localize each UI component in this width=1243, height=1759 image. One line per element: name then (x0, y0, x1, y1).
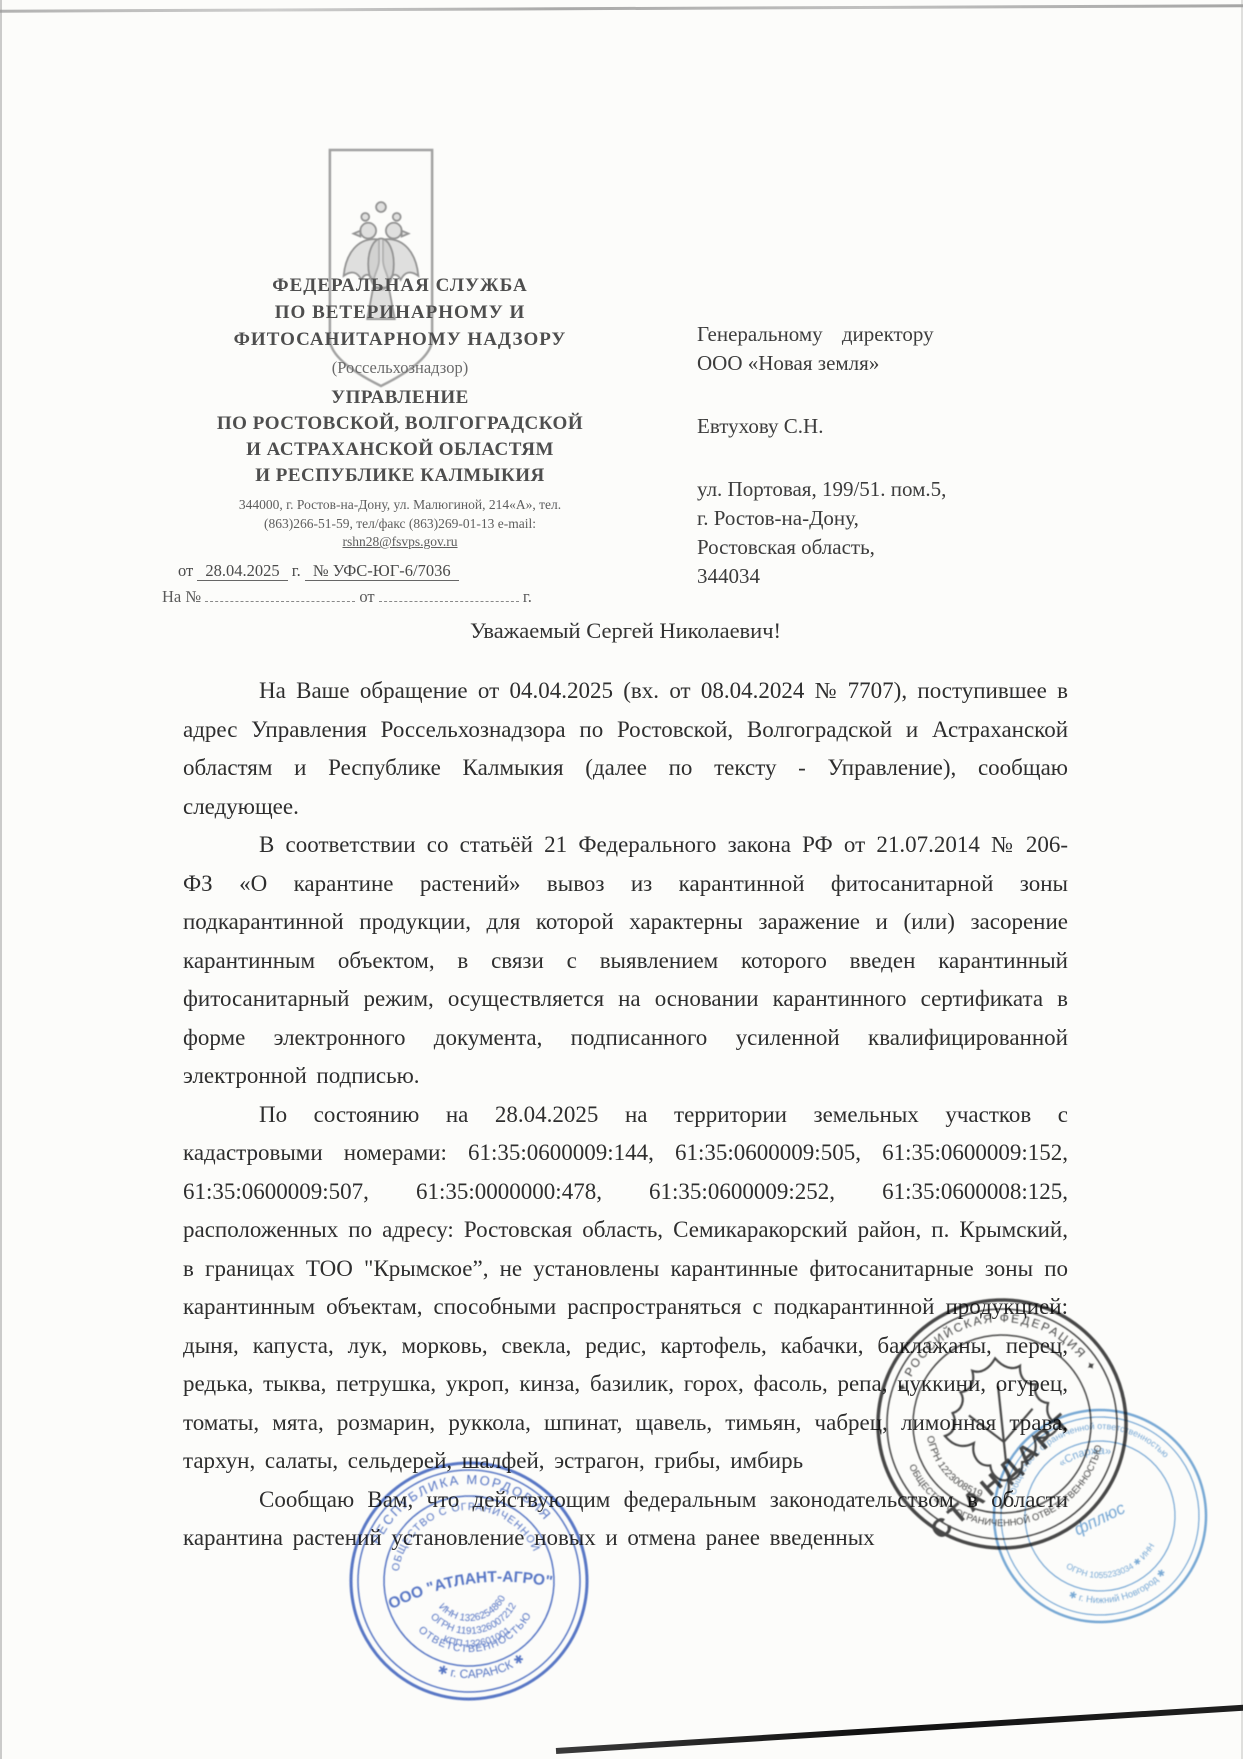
body-paragraph: В соответствии со статьёй 21 Федеральног… (183, 826, 1068, 1096)
recipient-line: Евтухову С.Н. (697, 412, 1042, 441)
recipient-line: ул. Портовая, 199/51. пом.5, (697, 475, 1042, 504)
outgoing-date: 28.04.2025 (197, 561, 287, 581)
division-line: И РЕСПУБЛИКЕ КАЛМЫКИЯ (150, 463, 650, 489)
recipient-block: Генеральному директору ООО «Новая земля»… (697, 320, 1042, 591)
recipient-line: 344034 (697, 562, 1042, 591)
svg-text:✱ г. САРАНСК ✱: ✱ г. САРАНСК ✱ (434, 1650, 528, 1686)
recipient-line: ООО «Новая земля» (697, 349, 1042, 378)
recipient-line: Генеральному директору (697, 320, 1042, 349)
division-line: ПО РОСТОВСКОЙ, ВОЛГОГРАДСКОЙ (150, 411, 650, 437)
stamp-company-name: ООО "АТЛАНТ-АГРО" (384, 1559, 556, 1613)
scan-edge-left (0, 0, 2, 1759)
incoming-date-blank (379, 587, 519, 602)
org-short-name: (Россельхознадзор) (150, 356, 650, 380)
date-label: от (178, 561, 193, 580)
division-name: УПРАВЛЕНИЕ ПО РОСТОВСКОЙ, ВОЛГОГРАДСКОЙ … (150, 385, 650, 489)
scanned-letter-page: ФЕДЕРАЛЬНАЯ СЛУЖБА ПО ВЕТЕРИНАРНОМУ И ФИ… (0, 0, 1243, 1759)
division-line: И АСТРАХАНСКОЙ ОБЛАСТЯМ (150, 437, 650, 463)
body-paragraph: На Ваше обращение от 04.04.2025 (вх. от … (183, 672, 1068, 826)
stamp-center-text: фплюс (1071, 1498, 1129, 1539)
org-line: ПО ВЕТЕРИНАРНОМУ И (150, 299, 650, 326)
scan-edge-top (0, 4, 1243, 12)
recipient-line: Ростовская область, (697, 533, 1042, 562)
salutation: Уважаемый Сергей Николаевич! (183, 618, 1068, 644)
recipient-line: г. Ростов-на-Дону, (697, 504, 1042, 533)
stamp-atlant-agro: РЕСПУБЛИКА МОРДОВИЯ ✱ г. САРАНСК ✱ ОБЩЕС… (328, 1440, 610, 1722)
incoming-from-label: от (359, 587, 374, 606)
incoming-label: На № (162, 587, 201, 606)
stamp-ring-text: «Спаржа» (1055, 1440, 1114, 1470)
incoming-number-blank (205, 587, 355, 602)
contact-line: (863)266-51-59, тел/факс (863)269-01-13 … (150, 515, 650, 534)
date-suffix: г. (292, 561, 301, 580)
scan-edge-bottom (556, 1700, 1243, 1754)
incoming-suffix: г. (523, 587, 532, 606)
outgoing-ref-line: от 28.04.2025 г. № УФС-ЮГ-6/7036 (150, 561, 650, 581)
svg-text:«Спаржа»: «Спаржа» (1055, 1440, 1114, 1470)
division-line: УПРАВЛЕНИЕ (150, 385, 650, 411)
svg-text:✦ РОССИЙСКАЯ ФЕДЕРАЦИЯ ✦: ✦ РОССИЙСКАЯ ФЕДЕРАЦИЯ ✦ (887, 1301, 1101, 1396)
contact-line: 344000, г. Ростов-на-Дону, ул. Малюгиной… (150, 496, 650, 515)
contact-info: 344000, г. Ростов-на-Дону, ул. Малюгиной… (150, 496, 650, 552)
outgoing-number: № УФС-ЮГ-6/7036 (305, 561, 459, 581)
org-name: ФЕДЕРАЛЬНАЯ СЛУЖБА ПО ВЕТЕРИНАРНОМУ И ФИ… (150, 272, 650, 353)
org-line: ФЕДЕРАЛЬНАЯ СЛУЖБА (150, 272, 650, 299)
contact-email: rshn28@fsvps.gov.ru (150, 533, 650, 552)
incoming-ref-line: На № от г. (150, 587, 650, 607)
stamp-ring-text: ✱ г. САРАНСК ✱ (434, 1650, 528, 1686)
stamp-ring-text: ✦ РОССИЙСКАЯ ФЕДЕРАЦИЯ ✦ (887, 1301, 1101, 1396)
org-line: ФИТОСАНИТАРНОМУ НАДЗОРУ (150, 326, 650, 353)
letterhead: ФЕДЕРАЛЬНАЯ СЛУЖБА ПО ВЕТЕРИНАРНОМУ И ФИ… (150, 272, 650, 607)
svg-text:ООО "АТЛАНТ-АГРО": ООО "АТЛАНТ-АГРО" (384, 1559, 556, 1613)
